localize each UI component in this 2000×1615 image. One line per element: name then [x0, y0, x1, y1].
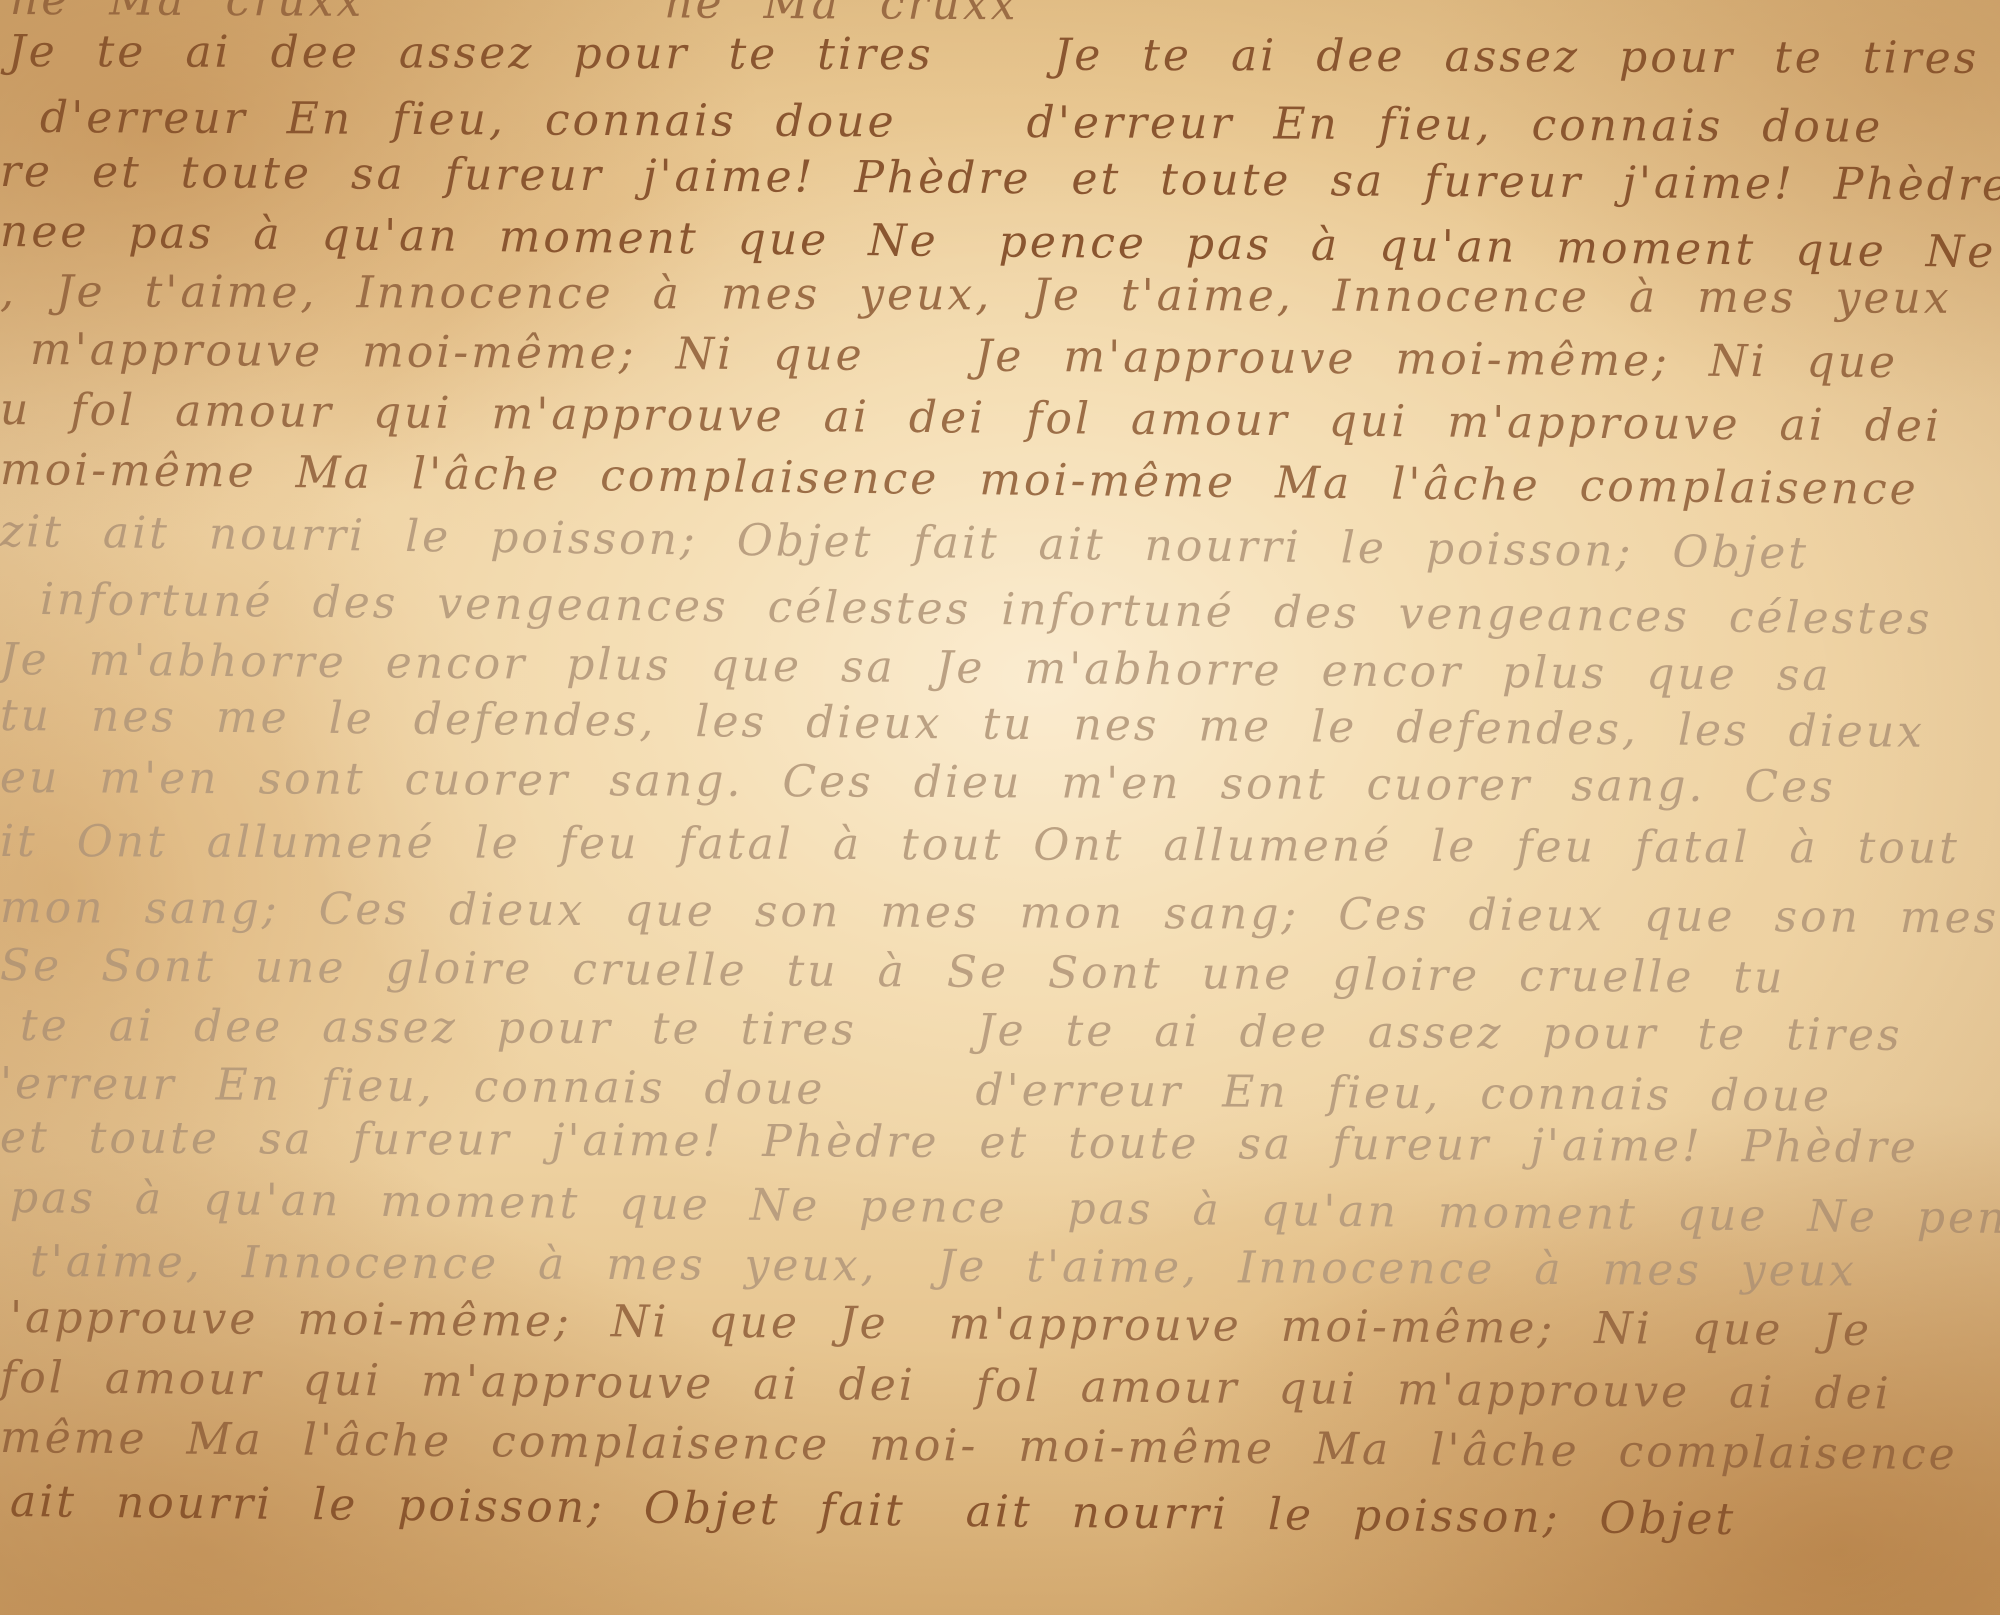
line-left: zit ait nourri le poisson; Objet — [0, 510, 874, 565]
line-right: ne Ma cruxx — [664, 0, 1019, 27]
line-left: d'erreur En fieu, connais doue — [40, 96, 897, 144]
line-left: fol amour qui m'approuve ai dei — [0, 1356, 916, 1408]
line-right: Je m'approuve moi-même; Ni que — [975, 335, 1899, 385]
line-right: moi-même Ma l'âche complaisence — [979, 458, 1919, 512]
line-right: mon sang; Ces dieux que son mes — [1019, 891, 1999, 940]
handwriting-line: , Je t'aime, Innocence à mes yeux,Je t'a… — [0, 270, 1952, 321]
aged-paper-background: ne Ma cruxxne Ma cruxx Je te ai dee asse… — [0, 0, 2000, 1615]
line-left: même Ma l'âche complaisence moi- — [0, 1416, 979, 1469]
line-left: m'approuve moi-même; Ni que — [30, 328, 865, 378]
handwriting-line: même Ma l'âche complaisence moi-moi-même… — [0, 1416, 1958, 1477]
line-left: , Je t'aime, Innocence à mes yeux, — [0, 270, 992, 317]
line-right: moi-même Ma l'âche complaisence — [1018, 1425, 1958, 1477]
line-left: infortuné des vengeances célestes — [40, 578, 972, 632]
handwriting-line: et toute sa fureur j'aime! Phèdreet tout… — [0, 1116, 1919, 1170]
handwriting-line: pas à qu'an moment que Ne pencepas à qu'… — [10, 1176, 2000, 1242]
line-right: Je t'aime, Innocence à mes yeux — [1032, 274, 1951, 321]
line-left: t'aime, Innocence à mes yeux, — [30, 1240, 878, 1288]
line-right: d'erreur En fieu, connais doue — [1027, 101, 1884, 149]
line-left: Je te ai dee assez pour te tires — [8, 30, 934, 77]
handwriting-line: tu nes me le defendes, les dieuxtu nes m… — [0, 694, 1925, 755]
line-right: fait ait nourri le poisson; Objet — [913, 521, 1809, 576]
handwriting-line: d'erreur En fieu, connais doued'erreur E… — [40, 96, 1883, 150]
line-left: ne Ma cruxx — [10, 0, 365, 24]
line-right: dieu m'en sont cuorer sang. Ces — [914, 761, 1836, 810]
line-right: Je te ai dee assez pour te tires — [977, 1009, 1903, 1058]
handwriting-line: ne Ma cruxxne Ma cruxx — [10, 0, 1019, 27]
handwriting-line: m'approuve moi-même; Ni queJe m'approuve… — [30, 328, 1898, 385]
line-right: fol amour qui m'approuve ai dei — [1026, 397, 1942, 449]
line-left: et toute sa fureur j'aime! Phèdre — [0, 1116, 940, 1165]
handwriting-line: infortuné des vengeances célestesinfortu… — [40, 578, 1933, 642]
handwriting-line: mon sang; Ces dieux que son mesmon sang;… — [0, 886, 1999, 940]
line-right: Se Sont une gloire cruelle tu — [947, 951, 1786, 1001]
line-left: mon sang; Ces dieux que son mes — [0, 886, 980, 935]
line-right: m'approuve moi-même; Ni que Je — [948, 1303, 1872, 1353]
handwriting-line: zit ait nourri le poisson; Objetfait ait… — [0, 510, 1809, 576]
handwriting-line: u fol amour qui m'approuve ai deifol amo… — [0, 388, 1942, 449]
handwriting-line: it Ont allumené le feu fatal à toutOnt a… — [0, 820, 1960, 871]
handwriting-line: moi-même Ma l'âche complaisencemoi-même … — [0, 448, 1919, 512]
line-right: tu nes me le defendes, les dieux — [982, 703, 1925, 755]
handwriting-line: Se Sont une gloire cruelle tu àSe Sont u… — [0, 944, 1786, 1000]
line-left: te ai dee assez pour te tires — [20, 1004, 857, 1052]
handwriting-area: ne Ma cruxxne Ma cruxx Je te ai dee asse… — [0, 0, 2000, 1615]
line-left: u fol amour qui m'approuve ai dei — [0, 388, 986, 441]
line-left: 'erreur En fieu, connais doue — [0, 1062, 826, 1112]
line-right: pence pas à qu'an moment que Ne — [999, 220, 1997, 274]
line-right: Je t'aime, Innocence à mes yeux — [938, 1245, 1858, 1294]
line-right: et toute sa fureur j'aime! Phèdre — [979, 1121, 1919, 1170]
line-left: nee pas à qu'an moment que Ne — [0, 210, 939, 264]
handwriting-line: t'aime, Innocence à mes yeux,Je t'aime, … — [30, 1240, 1857, 1294]
line-left: re et toute sa fureur j'aime! Phèdre — [0, 150, 1032, 201]
line-right: Je m'abhorre encor plus que sa — [936, 646, 1832, 698]
handwriting-line: re et toute sa fureur j'aime! Phèdreet t… — [0, 150, 2000, 208]
handwriting-line: fol amour qui m'approuve ai deifol amour… — [0, 1356, 1892, 1417]
line-left: tu nes me le defendes, les dieux — [0, 694, 943, 746]
line-right: infortuné des vengeances célestes — [1001, 588, 1933, 642]
line-right: fol amour qui m'approuve ai dei — [976, 1365, 1892, 1417]
line-left: Se Sont une gloire cruelle tu à — [0, 944, 907, 994]
line-right: Je te ai dee assez pour te tires — [1054, 34, 1980, 81]
line-right: Ont allumené le feu fatal à tout — [1033, 824, 1960, 871]
line-left: Je m'abhorre encor plus que sa — [0, 638, 896, 690]
handwriting-line: eu m'en sont cuorer sang. Cesdieu m'en s… — [0, 756, 1836, 810]
line-left: it Ont allumené le feu fatal à tout — [0, 820, 1003, 868]
handwriting-line: 'approuve moi-même; Ni que Jem'approuve … — [10, 1296, 1872, 1353]
handwriting-line: Je te ai dee assez pour te tiresJe te ai… — [8, 30, 1979, 81]
line-left: moi-même Ma l'âche complaisence — [0, 448, 940, 502]
handwriting-line: nee pas à qu'an moment que Nepence pas à… — [0, 210, 1997, 275]
line-left: eu m'en sont cuorer sang. Ces — [0, 756, 874, 805]
handwriting-line: ait nourri le poisson; Objet faitait nou… — [10, 1480, 1737, 1542]
line-left: pas à qu'an moment que Ne pence — [10, 1176, 1008, 1230]
line-left: 'approuve moi-même; Ni que Je — [10, 1296, 889, 1346]
handwriting-line: Je m'abhorre encor plus que saJe m'abhor… — [0, 638, 1832, 698]
line-right: et toute sa fureur j'aime! Phèdre — [1071, 157, 2000, 208]
handwriting-line: te ai dee assez pour te tiresJe te ai de… — [20, 1004, 1903, 1058]
handwriting-line: 'erreur En fieu, connais doued'erreur En… — [0, 1062, 1832, 1119]
line-left: ait nourri le poisson; Objet fait — [10, 1480, 906, 1533]
line-right: d'erreur En fieu, connais doue — [975, 1069, 1832, 1119]
line-right: ait nourri le poisson; Objet — [965, 1490, 1736, 1542]
line-right: pas à qu'an moment que Ne pence — [1067, 1187, 2000, 1241]
